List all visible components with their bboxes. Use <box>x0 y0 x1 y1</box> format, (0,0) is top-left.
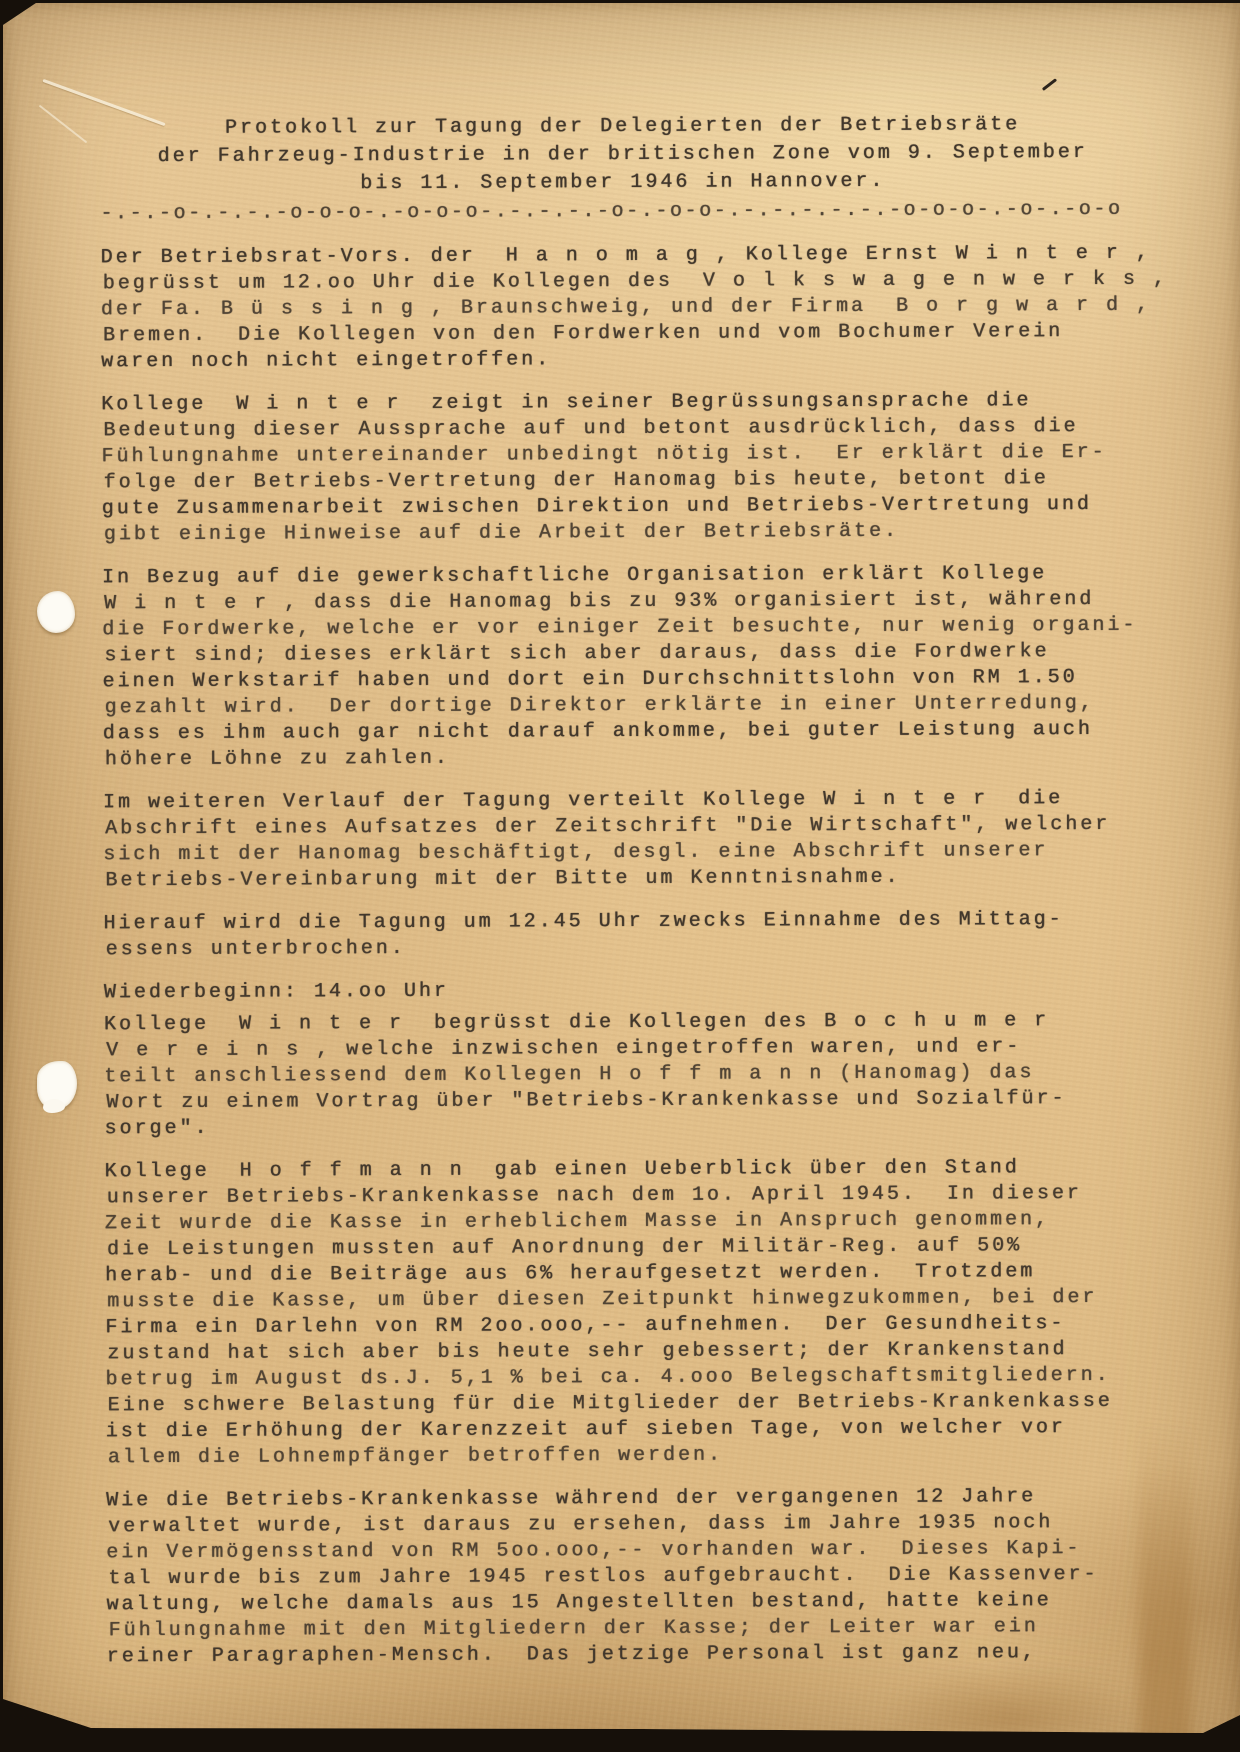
paper-scratch <box>39 105 88 144</box>
text-line: gezahlt wird. Der dortige Direktor erklä… <box>105 691 1148 722</box>
paragraph-fund-history: Wie die Betriebs-Krankenkasse während de… <box>106 1484 1152 1671</box>
text-line: allem die Lohnempfänger betroffen werden… <box>108 1441 1151 1472</box>
resume-heading: Wiederbeginn: 14.oo Uhr <box>104 976 1149 1007</box>
text-line: Wort zu einem Vortrag über "Betriebs-Kra… <box>106 1086 1149 1117</box>
text-line: tal wurde bis zum Jahre 1945 restlos auf… <box>108 1562 1151 1593</box>
document-title: Protokoll zur Tagung der Delegierten der… <box>100 111 1145 200</box>
text-line: Bremen. Die Kollegen von den Fordwerken … <box>103 319 1146 350</box>
text-line: essens unterbrochen. <box>106 933 1149 964</box>
text-line: musste die Kasse, um über diesen Zeitpun… <box>107 1285 1150 1316</box>
title-line: der Fahrzeug-Industrie in der britischen… <box>100 139 1145 172</box>
title-underline-dashes: -.-.-o-.-.-.-o-o-o-.-o-o-o-.-.-.-.-o-.-o… <box>100 199 1145 226</box>
pen-stroke-mark <box>1042 78 1057 91</box>
text-line: folge der Betriebs-Vertretung der Hanoma… <box>104 466 1147 497</box>
paragraph-lunch-break: Hierauf wird die Tagung um 12.45 Uhr zwe… <box>103 907 1148 964</box>
paper-sheet: Protokoll zur Tagung der Delegierten der… <box>3 3 1240 1752</box>
text-line: Eine schwere Belastung für die Mitgliede… <box>108 1389 1151 1420</box>
paragraph-afternoon-opening: Kollege W i n t e r begrüsst die Kollege… <box>104 1008 1150 1143</box>
text-line: reiner Paragraphen-Mensch. Das jetzige P… <box>107 1640 1152 1671</box>
paragraph-union-organisation: In Bezug auf die gewerkschaftliche Organ… <box>102 561 1148 774</box>
text-line: sorge". <box>104 1112 1149 1143</box>
text-line: siert sind; dieses erklärt sich aber dar… <box>104 639 1147 670</box>
text-line: gibt einige Hinweise auf die Arbeit der … <box>104 518 1147 549</box>
title-line: bis 11. September 1946 in Hannover. <box>100 167 1145 200</box>
text-line: höhere Löhne zu zahlen. <box>105 743 1148 774</box>
punch-hole <box>37 591 75 633</box>
text-line: waren noch nicht eingetroffen. <box>101 345 1146 376</box>
paragraph-handouts: Im weiteren Verlauf der Tagung verteilt … <box>103 786 1148 895</box>
title-line: Protokoll zur Tagung der Delegierten der… <box>100 111 1145 144</box>
paragraph-greeting-speech: Kollege W i n t e r zeigt in seiner Begr… <box>101 388 1147 549</box>
typewritten-content: Protokoll zur Tagung der Delegierten der… <box>100 111 1152 1688</box>
text-line: Fühlungnahme mit den Mitgliedern der Kas… <box>109 1614 1152 1645</box>
punch-hole <box>37 1061 77 1109</box>
paragraph-opening: Der Betriebsrat-Vors. der H a n o m a g … <box>101 241 1147 376</box>
text-line: Betriebs-Vereinbarung mit der Bitte um K… <box>105 864 1148 895</box>
paragraph-health-fund-report: Kollege H o f f m a n n gab einen Ueberb… <box>105 1155 1151 1472</box>
text-line: die Leistungen mussten auf Anordnung der… <box>107 1233 1150 1264</box>
text-line: Wiederbeginn: 14.oo Uhr <box>104 976 1149 1007</box>
